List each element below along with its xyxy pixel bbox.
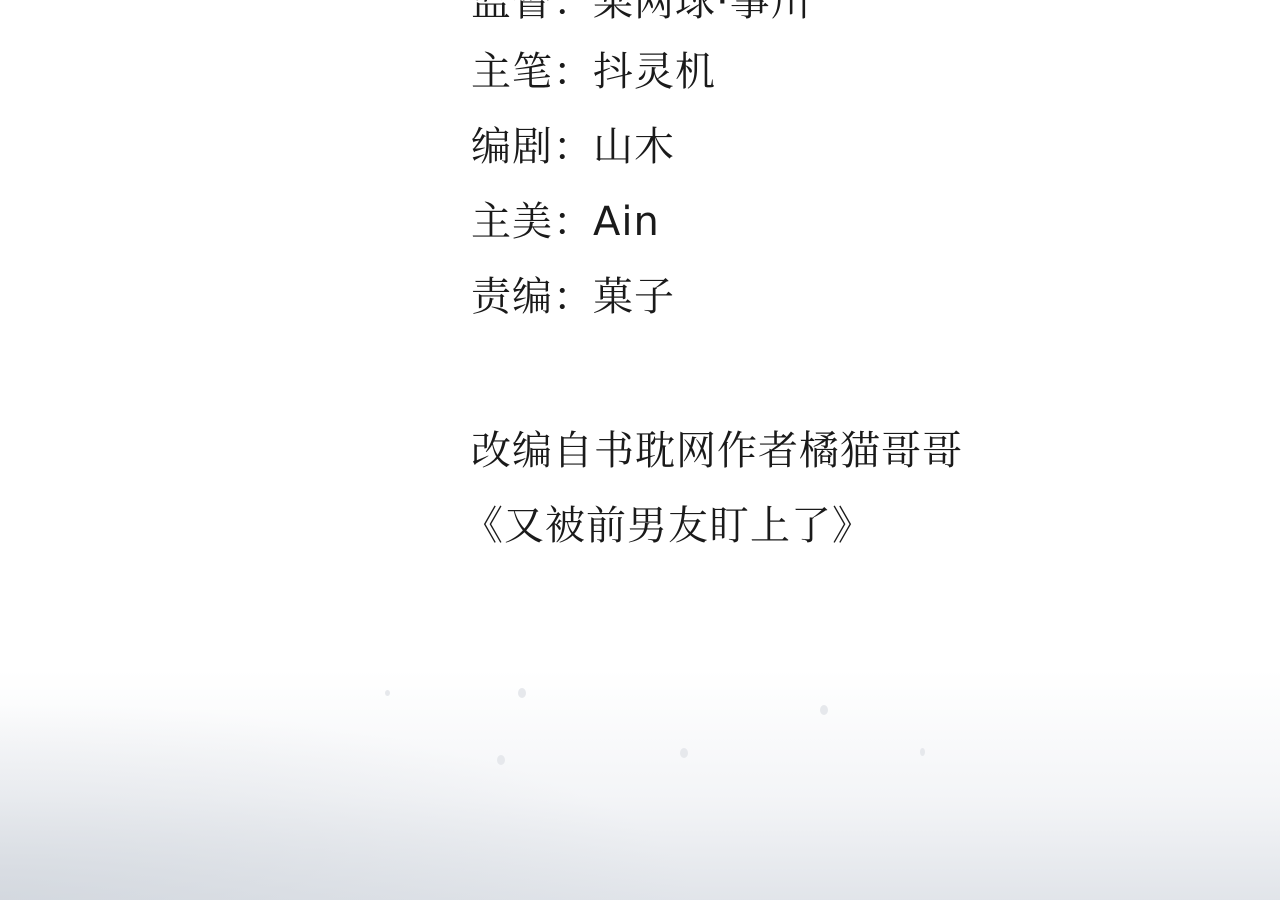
credit-line-art-director: 主美：Ain (471, 198, 660, 246)
credit-value: 菓子 (593, 273, 675, 321)
credit-value: 抖灵机 (593, 48, 716, 96)
credit-label: 主美 (471, 198, 553, 246)
credit-separator: ： (553, 0, 593, 26)
credit-value: 某网球·事川 (593, 0, 812, 26)
credit-label: 责编 (471, 273, 553, 321)
credit-separator: ： (553, 273, 593, 321)
credit-separator: ： (553, 123, 593, 171)
misty-ground-shadow (0, 700, 700, 900)
petal-speck (680, 748, 688, 758)
credit-label: 监督 (471, 0, 553, 26)
credit-separator: ： (553, 198, 593, 246)
petal-speck (920, 748, 925, 756)
petal-speck (497, 755, 505, 765)
credit-label: 主笔 (471, 48, 553, 96)
credit-line-editor: 责编：菓子 (471, 273, 675, 321)
credit-line-supervisor: 监督：某网球·事川 (471, 0, 812, 26)
credit-label: 编剧 (471, 123, 553, 171)
credit-separator: ： (553, 48, 593, 96)
adaptation-source: 改编自书耽网作者橘猫哥哥 (471, 427, 963, 475)
credit-line-lead-artist: 主笔：抖灵机 (471, 48, 716, 96)
credit-line-writer: 编剧：山木 (471, 123, 675, 171)
petal-speck (820, 705, 828, 715)
original-work-title: 《又被前男友盯上了》 (463, 502, 873, 550)
credit-value: Ain (593, 198, 660, 246)
petal-speck (518, 688, 526, 698)
petal-speck (385, 690, 390, 696)
credit-value: 山木 (593, 123, 675, 171)
